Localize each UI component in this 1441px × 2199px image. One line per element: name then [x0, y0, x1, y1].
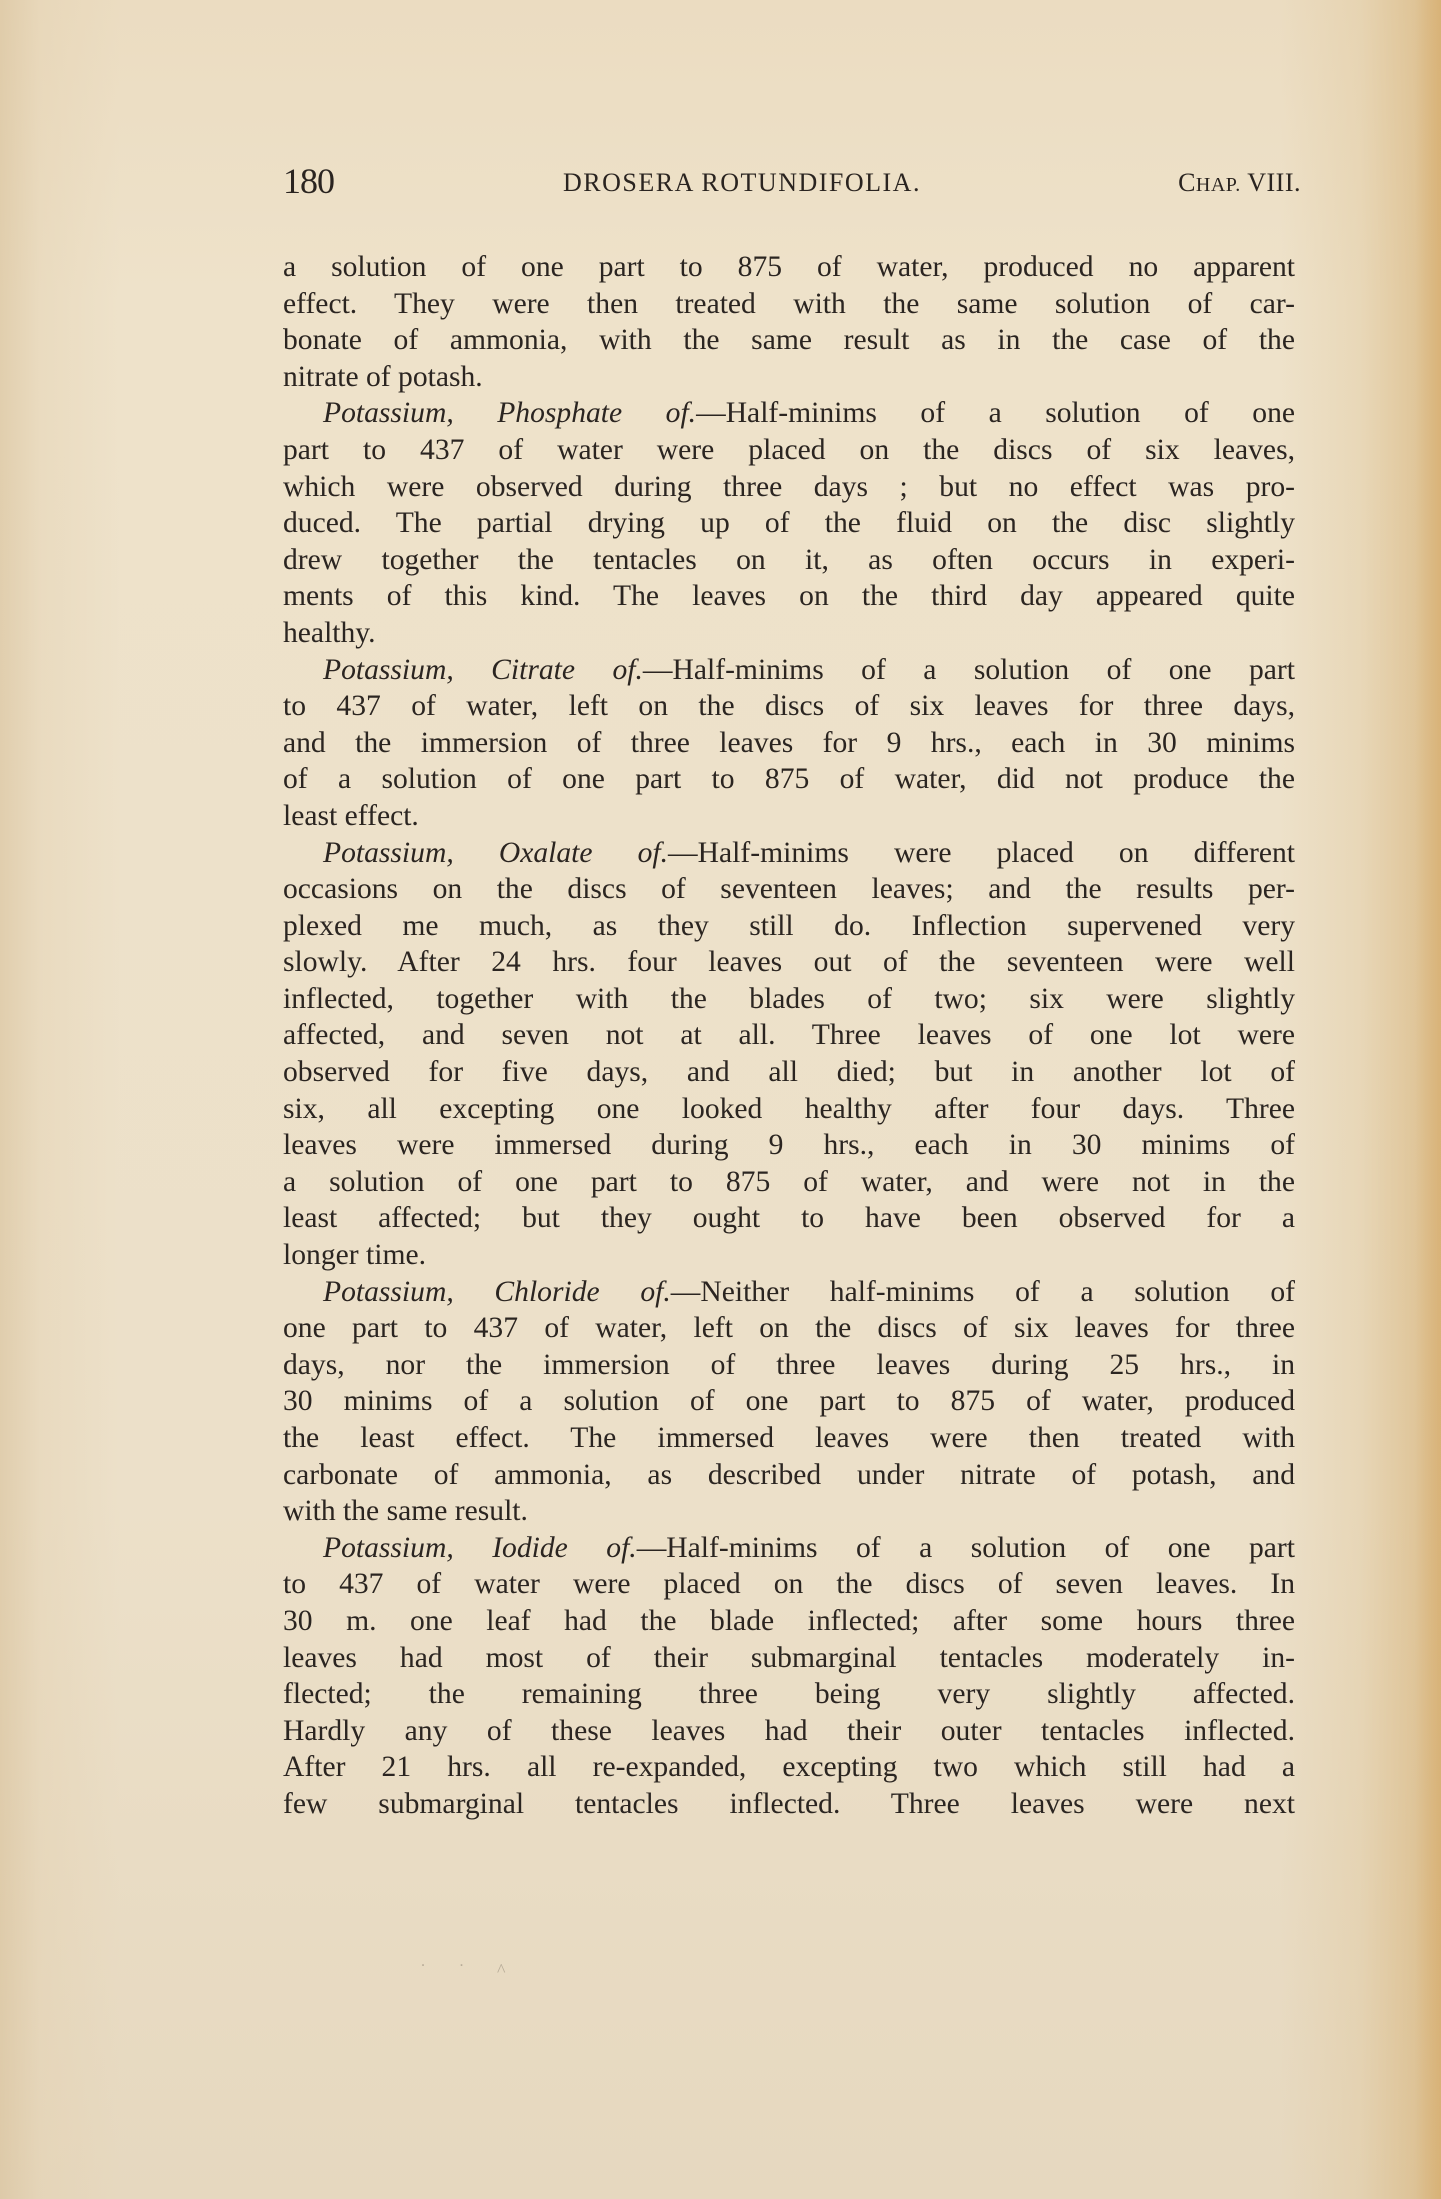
chapter-smallcaps: HAP. [1196, 174, 1241, 196]
text-line: least effect. [283, 798, 1295, 835]
text-line: bonate of ammonia, with the same result … [283, 322, 1295, 359]
text-line: part to 437 of water were placed on the … [283, 432, 1295, 469]
section-heading: Potassium, Phosphate of. [323, 397, 696, 429]
text-line-with-heading: Potassium, Oxalate of.—Half-minims were … [283, 835, 1295, 872]
text-line: inflected, together with the blades of t… [283, 981, 1295, 1018]
section-heading: Potassium, Chloride of. [323, 1276, 671, 1308]
text-line: Hardly any of these leaves had their out… [283, 1713, 1295, 1750]
text-line: effect. They were then treated with the … [283, 286, 1295, 323]
text-line: to 437 of water were placed on the discs… [283, 1566, 1295, 1603]
paragraph-potassium-oxalate: Potassium, Oxalate of.—Half-minims were … [283, 835, 1295, 1274]
text-run: —Neither half-minims of a solution of [671, 1276, 1295, 1308]
paragraph-potassium-citrate: Potassium, Citrate of.—Half-minims of a … [283, 652, 1295, 835]
text-line: observed for five days, and all died; bu… [283, 1054, 1295, 1091]
text-run: —Half-minims of a solution of one part [637, 1532, 1295, 1564]
text-line: occasions on the discs of seventeen leav… [283, 871, 1295, 908]
text-run: —Half-minims were placed on different [668, 837, 1295, 869]
text-line: a solution of one part to 875 of water, … [283, 249, 1295, 286]
text-line: affected, and seven not at all. Three le… [283, 1017, 1295, 1054]
text-run: —Half-minims of a solution of one part [643, 654, 1295, 686]
text-line: nitrate of potash. [283, 359, 1295, 396]
paragraph-continuation: a solution of one part to 875 of water, … [283, 249, 1295, 395]
text-line-with-heading: Potassium, Phosphate of.—Half-minims of … [283, 395, 1295, 432]
text-line: which were observed during three days ; … [283, 469, 1295, 506]
text-line: drew together the tentacles on it, as of… [283, 542, 1295, 579]
text-line: the least effect. The immersed leaves we… [283, 1420, 1295, 1457]
text-run: —Half-minims of a solution of one [696, 397, 1295, 429]
text-line-with-heading: Potassium, Chloride of.—Neither half-min… [283, 1274, 1295, 1311]
body-text: a solution of one part to 875 of water, … [283, 249, 1295, 1823]
section-heading: Potassium, Oxalate of. [323, 837, 668, 869]
section-heading: Potassium, Iodide of. [323, 1532, 637, 1564]
text-line: longer time. [283, 1237, 1295, 1274]
text-line: with the same result. [283, 1493, 1295, 1530]
text-line: and the immersion of three leaves for 9 … [283, 725, 1295, 762]
paper-specks: ˙ ˙ ^ [420, 1960, 519, 1981]
text-line: 30 m. one leaf had the blade inflected; … [283, 1603, 1295, 1640]
text-line: leaves had most of their submarginal ten… [283, 1640, 1295, 1677]
text-line: carbonate of ammonia, as described under… [283, 1457, 1295, 1494]
text-line: to 437 of water, left on the discs of si… [283, 688, 1295, 725]
text-line: days, nor the immersion of three leaves … [283, 1347, 1295, 1384]
text-line: ments of this kind. The leaves on the th… [283, 578, 1295, 615]
text-line: least affected; but they ought to have b… [283, 1200, 1295, 1237]
chapter-label: CHAP. VIII. [1178, 168, 1301, 198]
text-line-with-heading: Potassium, Iodide of.—Half-minims of a s… [283, 1530, 1295, 1567]
text-line: a solution of one part to 875 of water, … [283, 1164, 1295, 1201]
section-heading: Potassium, Citrate of. [323, 654, 643, 686]
page-number: 180 [283, 160, 334, 202]
text-line: few submarginal tentacles inflected. Thr… [283, 1786, 1295, 1823]
text-line: of a solution of one part to 875 of wate… [283, 761, 1295, 798]
chapter-number: VIII. [1247, 168, 1301, 197]
text-line: one part to 437 of water, left on the di… [283, 1310, 1295, 1347]
text-line: six, all excepting one looked healthy af… [283, 1091, 1295, 1128]
text-line: 30 minims of a solution of one part to 8… [283, 1383, 1295, 1420]
running-title: DROSERA ROTUNDIFOLIA. [563, 168, 921, 198]
text-line: plexed me much, as they still do. Inflec… [283, 908, 1295, 945]
scanned-book-page: 180 DROSERA ROTUNDIFOLIA. CHAP. VIII. a … [0, 0, 1441, 2199]
text-line: flected; the remaining three being very … [283, 1676, 1295, 1713]
paragraph-potassium-iodide: Potassium, Iodide of.—Half-minims of a s… [283, 1530, 1295, 1823]
text-line: slowly. After 24 hrs. four leaves out of… [283, 944, 1295, 981]
text-line: healthy. [283, 615, 1295, 652]
page-edge-shadow [1415, 0, 1441, 2199]
paragraph-potassium-chloride: Potassium, Chloride of.—Neither half-min… [283, 1274, 1295, 1530]
chapter-prefix: C [1178, 168, 1196, 197]
running-header: 180 DROSERA ROTUNDIFOLIA. CHAP. VIII. [283, 160, 1301, 204]
text-line: After 21 hrs. all re-expanded, excepting… [283, 1749, 1295, 1786]
paragraph-potassium-phosphate: Potassium, Phosphate of.—Half-minims of … [283, 395, 1295, 651]
text-line: leaves were immersed during 9 hrs., each… [283, 1127, 1295, 1164]
text-line: duced. The partial drying up of the flui… [283, 505, 1295, 542]
text-line-with-heading: Potassium, Citrate of.—Half-minims of a … [283, 652, 1295, 689]
